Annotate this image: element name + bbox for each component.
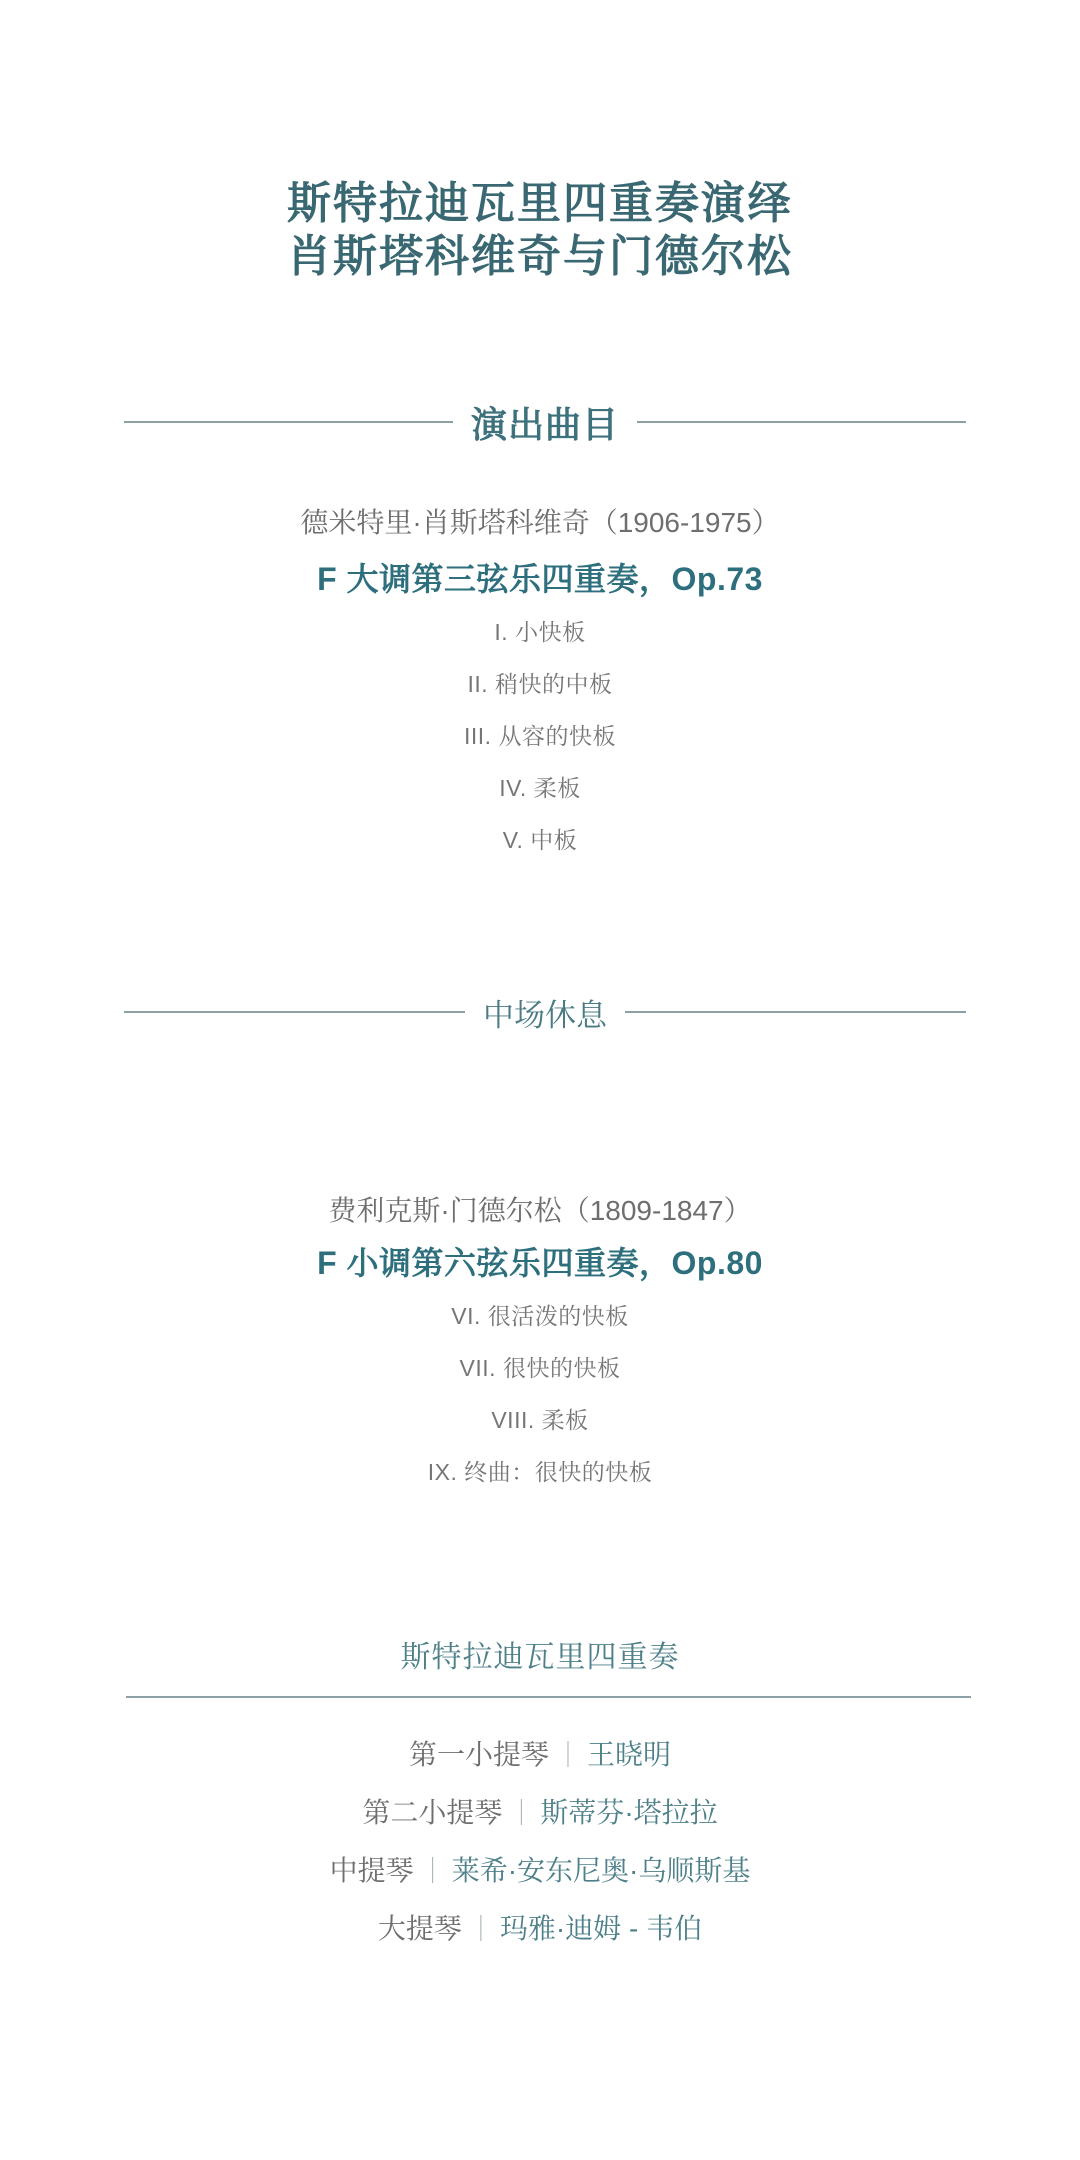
concert-program-page: 斯特拉迪瓦里四重奏演绎 肖斯塔科维奇与门德尔松 演出曲目 德米特里·肖斯塔科维奇… <box>0 0 1080 2160</box>
ensemble-name-heading: 斯特拉迪瓦里四重奏 <box>0 1638 1080 1678</box>
member-row-cello: 大提琴 ｜ 玛雅·迪姆 - 韦伯 <box>0 1898 1080 1956</box>
divider-line-right <box>625 1011 966 1013</box>
member-name: 斯蒂芬·塔拉拉 <box>540 1791 717 1831</box>
member-role: 第一小提琴 <box>409 1733 549 1773</box>
role-name-separator: ｜ <box>508 1793 534 1830</box>
work-title-op80: F 小调第六弦乐四重奏，Op.80 <box>0 1241 1080 1285</box>
member-row-first-violin: 第一小提琴 ｜ 王晓明 <box>0 1724 1080 1782</box>
movement-item: V. 中板 <box>0 812 1080 864</box>
ensemble-divider-line <box>126 1696 971 1698</box>
movement-list-op73: I. 小快板 II. 稍快的中板 III. 从容的快板 IV. 柔板 V. 中板 <box>0 604 1080 864</box>
member-row-viola: 中提琴 ｜ 莱希·安东尼奥·乌顺斯基 <box>0 1840 1080 1898</box>
member-name: 莱希·安东尼奥·乌顺斯基 <box>452 1849 751 1889</box>
composer-shostakovich: 德米特里·肖斯塔科维奇（1906-1975） <box>0 505 1080 541</box>
movement-item: II. 稍快的中板 <box>0 656 1080 708</box>
role-name-separator: ｜ <box>420 1851 446 1888</box>
member-name: 玛雅·迪姆 - 韦伯 <box>500 1907 702 1947</box>
movement-item: VI. 很活泼的快板 <box>0 1288 1080 1340</box>
member-name: 王晓明 <box>587 1733 671 1773</box>
movement-item: III. 从容的快板 <box>0 708 1080 760</box>
ensemble-member-list: 第一小提琴 ｜ 王晓明 第二小提琴 ｜ 斯蒂芬·塔拉拉 中提琴 ｜ 莱希·安东尼… <box>0 1724 1080 1956</box>
program-section-divider: 演出曲目 <box>124 396 966 448</box>
member-role: 第二小提琴 <box>362 1791 502 1831</box>
role-name-separator: ｜ <box>468 1909 494 1946</box>
movement-item: IV. 柔板 <box>0 760 1080 812</box>
movement-item: I. 小快板 <box>0 604 1080 656</box>
divider-line-right <box>637 421 966 423</box>
page-title-line-2: 肖斯塔科维奇与门德尔松 <box>0 230 1080 283</box>
interval-divider: 中场休息 <box>124 986 966 1038</box>
page-title-line-1: 斯特拉迪瓦里四重奏演绎 <box>0 177 1080 230</box>
member-role: 中提琴 <box>330 1849 414 1889</box>
movement-list-op80: VI. 很活泼的快板 VII. 很快的快板 VIII. 柔板 IX. 终曲：很快… <box>0 1288 1080 1496</box>
composer-mendelssohn: 费利克斯·门德尔松（1809-1847） <box>0 1193 1080 1229</box>
role-name-separator: ｜ <box>555 1735 581 1772</box>
divider-line-left <box>124 1011 465 1013</box>
member-role: 大提琴 <box>378 1907 462 1947</box>
interval-label: 中场休息 <box>483 990 607 1035</box>
movement-item: IX. 终曲：很快的快板 <box>0 1444 1080 1496</box>
movement-item: VII. 很快的快板 <box>0 1340 1080 1392</box>
program-section-title: 演出曲目 <box>471 397 619 448</box>
work-title-op73: F 大调第三弦乐四重奏，Op.73 <box>0 557 1080 601</box>
page-title: 斯特拉迪瓦里四重奏演绎 肖斯塔科维奇与门德尔松 <box>0 177 1080 283</box>
divider-line-left <box>124 421 453 423</box>
member-row-second-violin: 第二小提琴 ｜ 斯蒂芬·塔拉拉 <box>0 1782 1080 1840</box>
movement-item: VIII. 柔板 <box>0 1392 1080 1444</box>
